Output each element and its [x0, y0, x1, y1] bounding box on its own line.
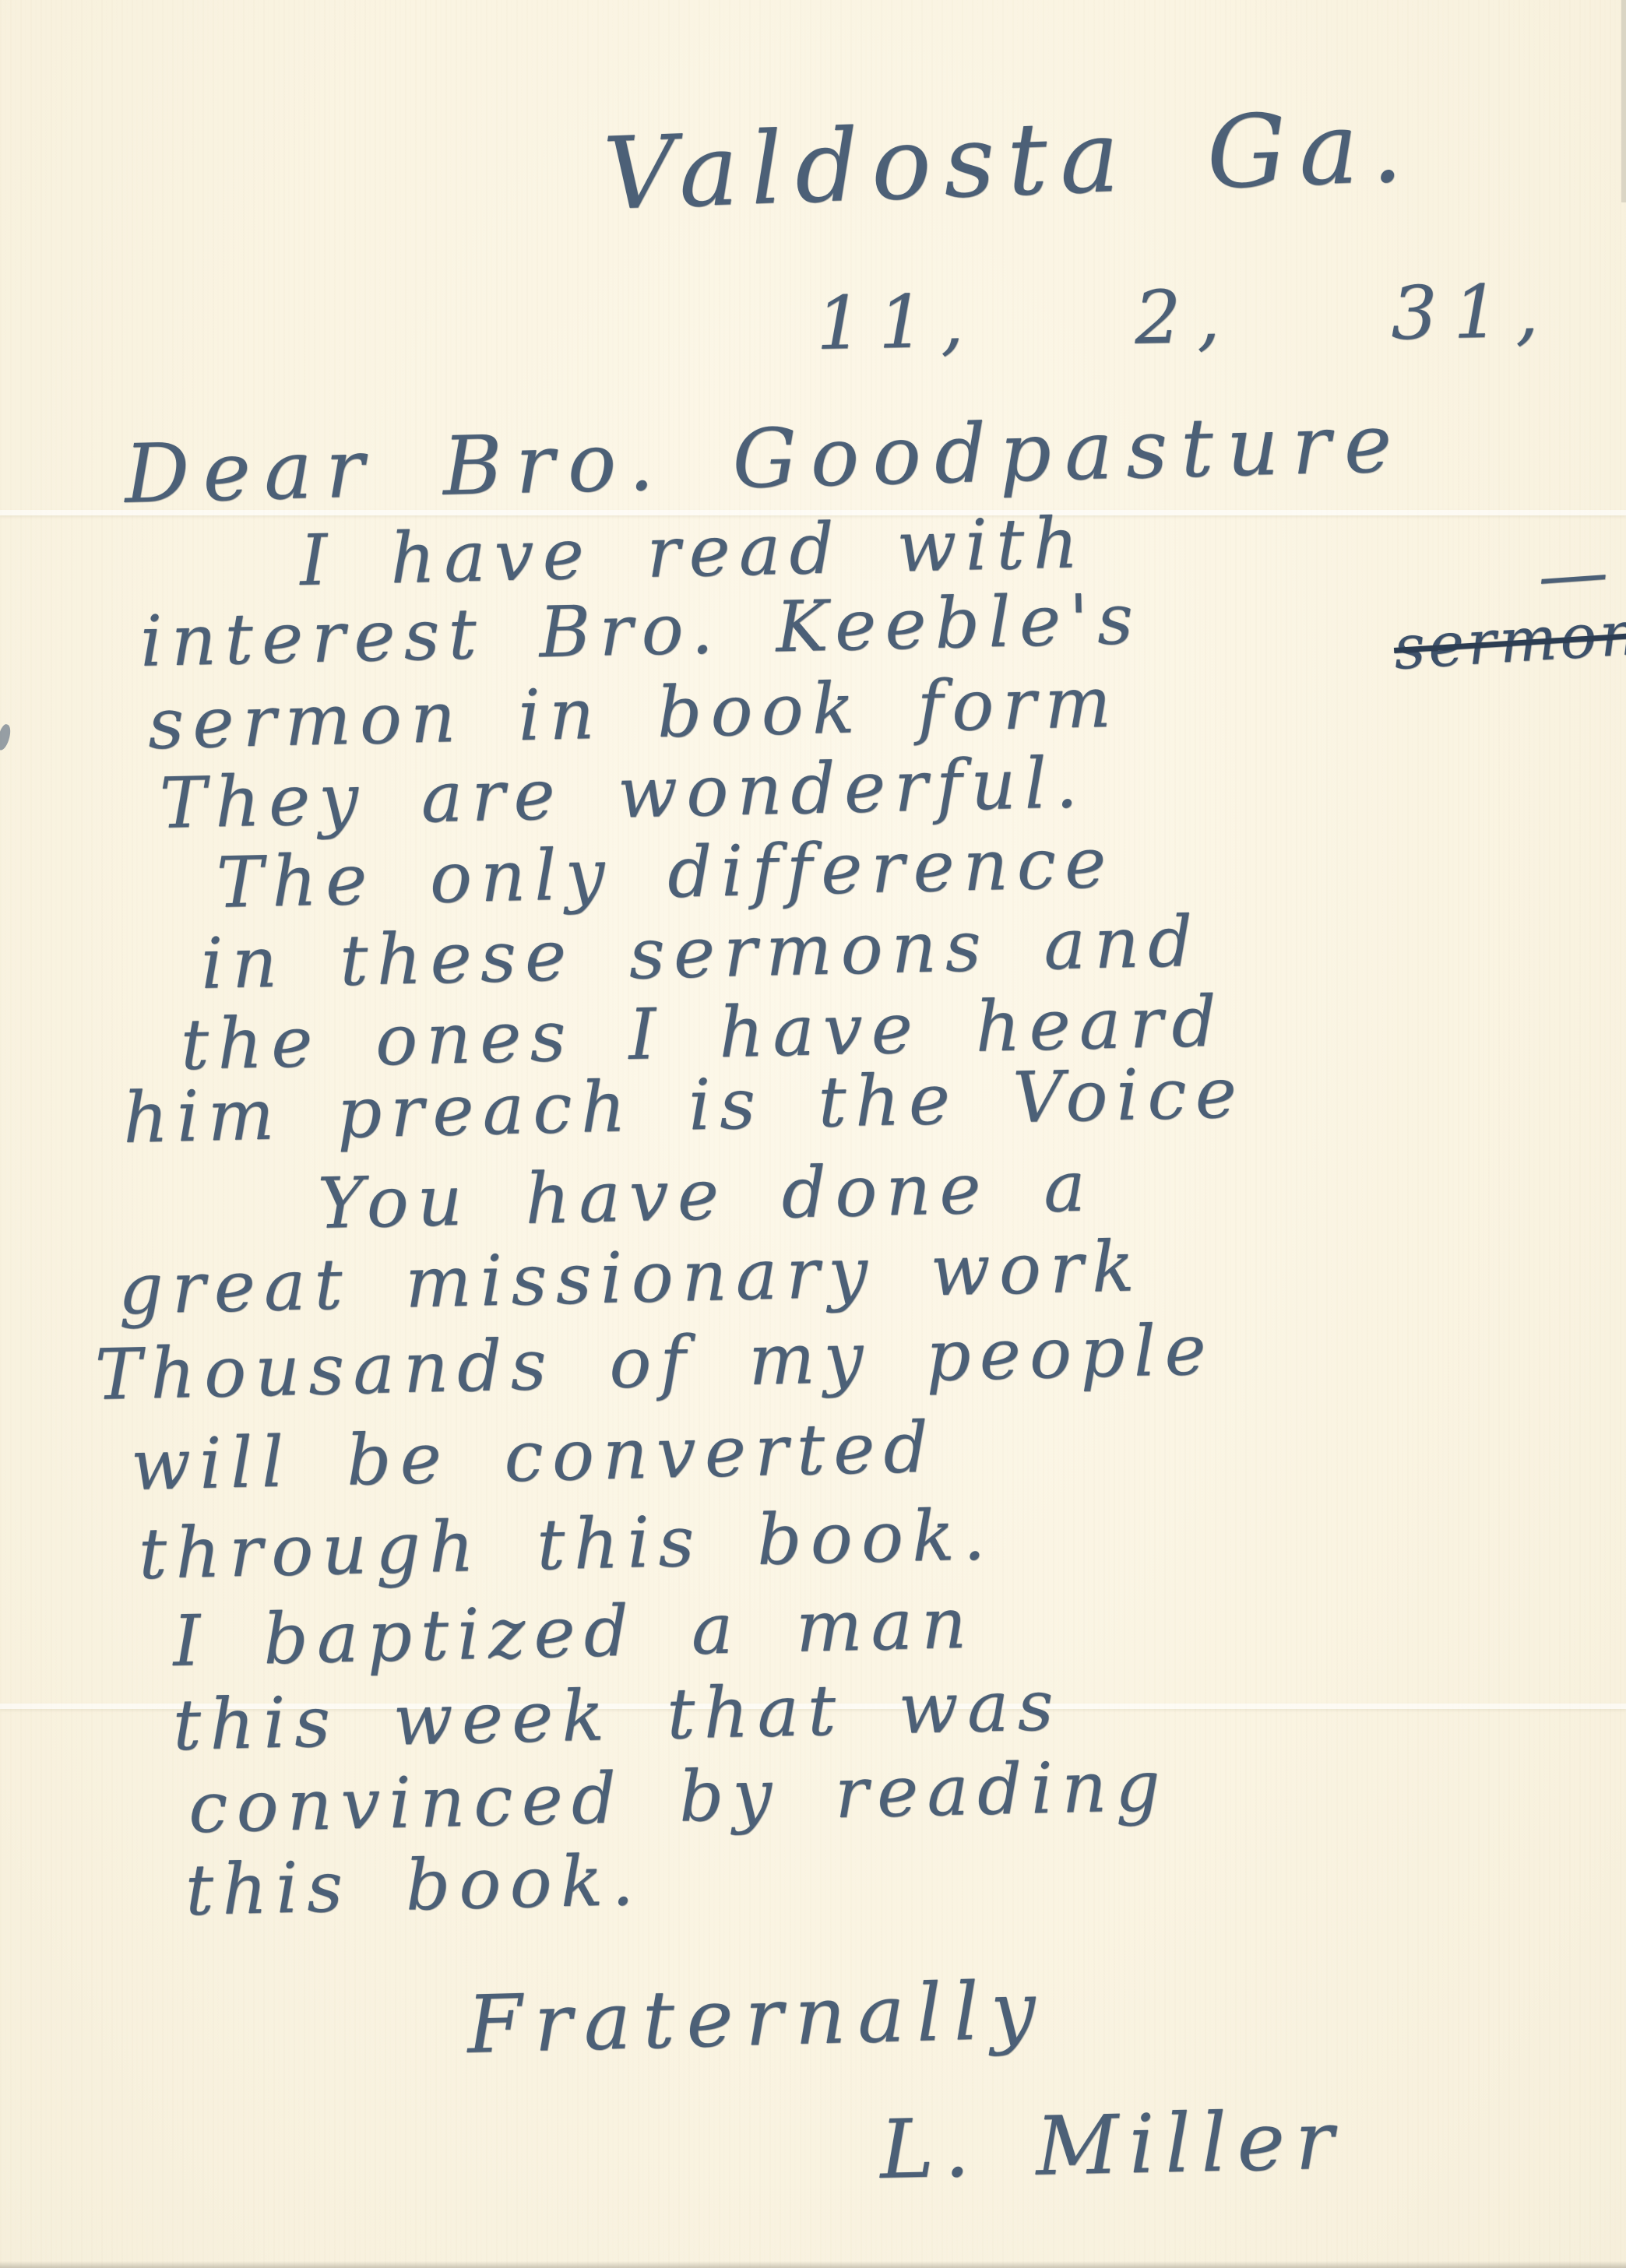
- scan-artifact-bottom-edge: [0, 2261, 1626, 2268]
- letter-page: Valdosta Ga. 11, 2, 31, Dear Bro. Goodpa…: [0, 0, 1626, 2268]
- body-line-17: this book.: [185, 1840, 643, 1932]
- body-line-12: will be converted: [130, 1407, 938, 1507]
- body-line-13: through this book.: [138, 1494, 994, 1595]
- closing-line: Fraternally: [466, 1964, 1048, 2072]
- ink-smudge: [0, 723, 13, 752]
- body-line-14: I baptized a man: [172, 1583, 976, 1683]
- scan-artifact-right-edge: [1621, 0, 1626, 202]
- date-line: 11, 2, 31,: [815, 269, 1554, 367]
- salutation-line: Dear Bro. Goodpasture: [124, 396, 1406, 522]
- signature-line: L. Miller: [879, 2093, 1345, 2197]
- strikethrough-word: sermon: [1392, 599, 1626, 684]
- place-line: Valdosta Ga.: [601, 89, 1417, 233]
